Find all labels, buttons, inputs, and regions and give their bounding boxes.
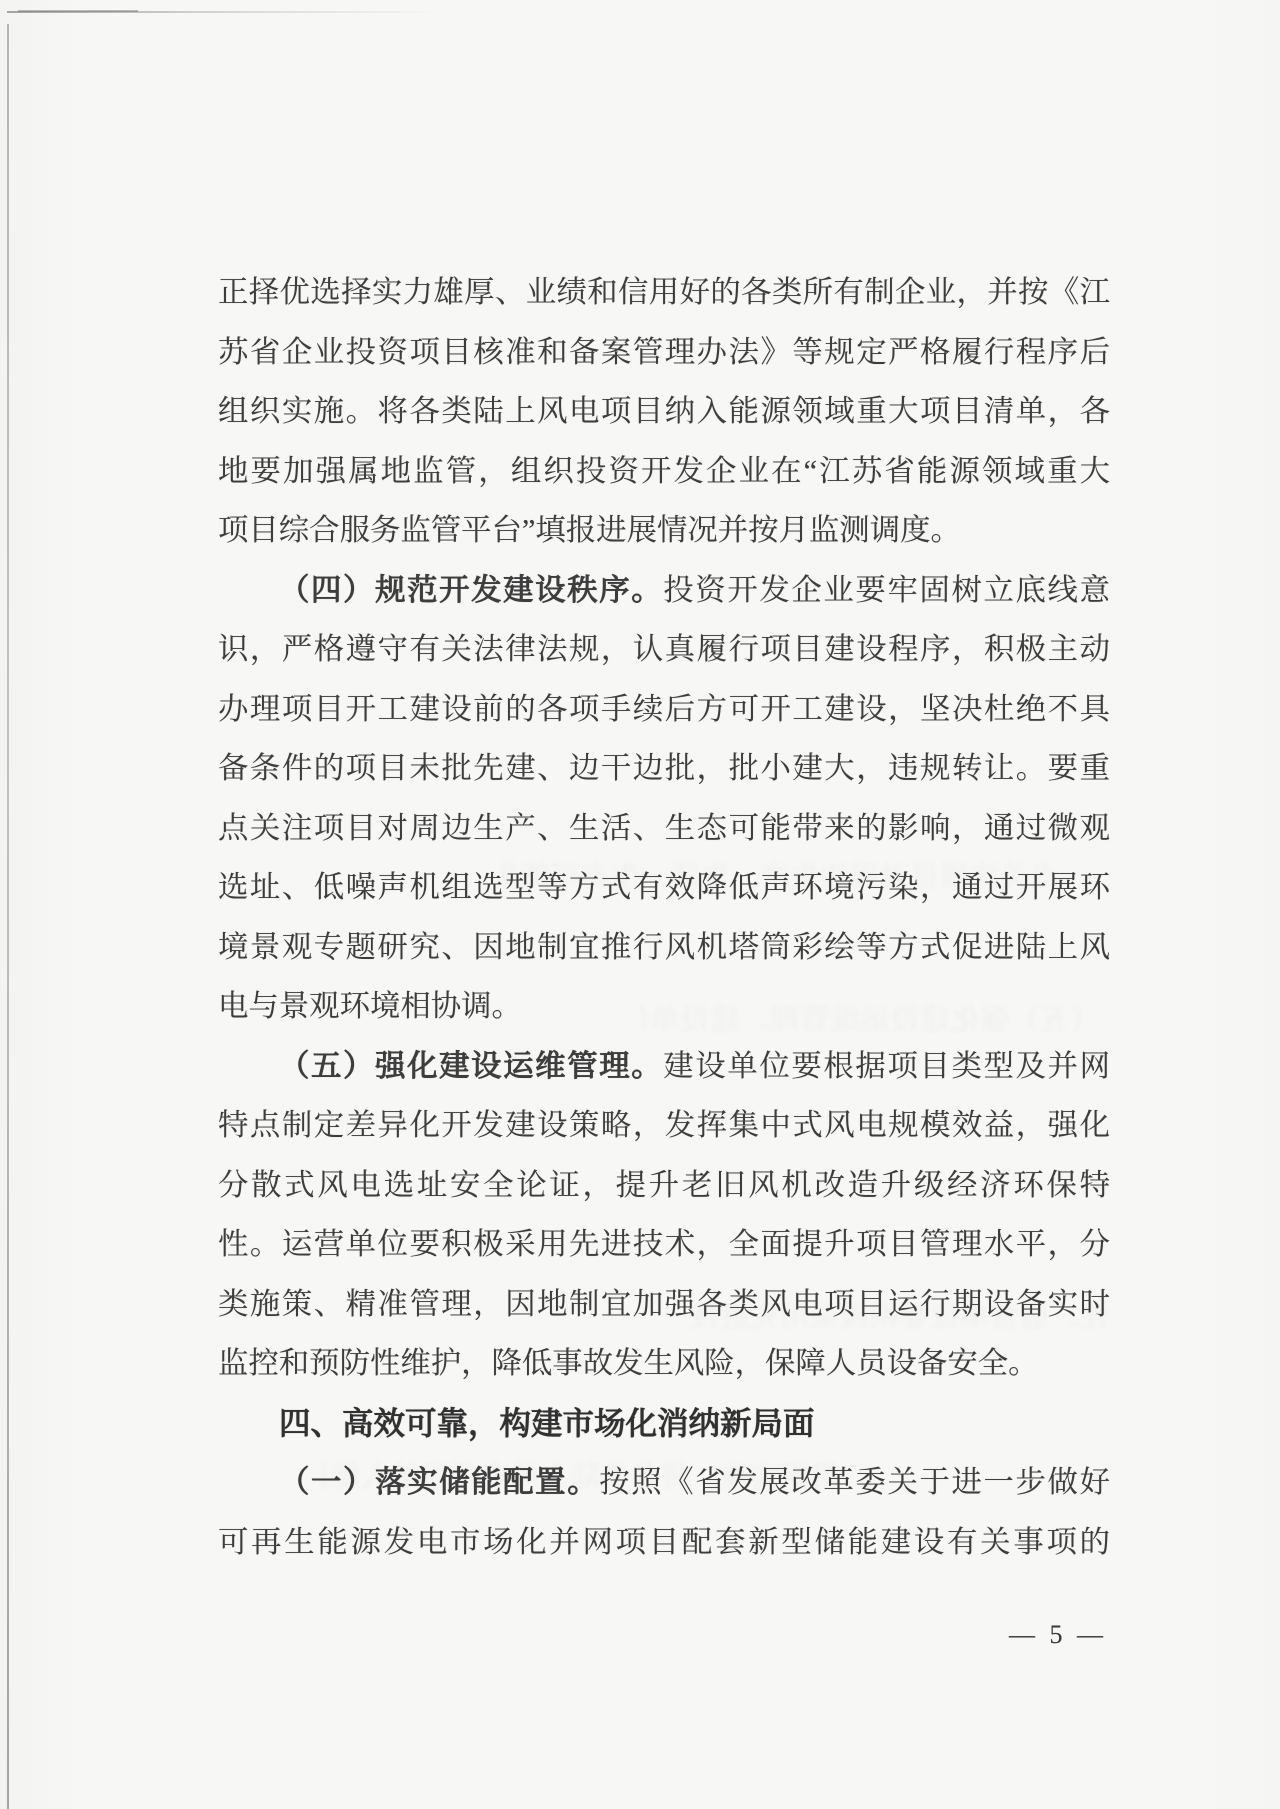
line-text: 类施策、精准管理，因地制宜加强各类风电项目运行期设备实时 <box>218 1287 1110 1321</box>
paragraph-lead: （五）强化建设运维管理。 <box>279 1049 663 1083</box>
line-text: 性。运营单位要积极采用先进技术，全面提升项目管理水平，分 <box>218 1227 1110 1261</box>
text-line: 可再生能源发电市场化并网项目配套新型储能建设有关事项的 <box>218 1513 1110 1573</box>
text-line: 性。运营单位要积极采用先进技术，全面提升项目管理水平，分 <box>218 1215 1110 1275</box>
line-text: 识，严格遵守有关法律法规，认真履行项目建设程序，积极主动 <box>218 632 1110 666</box>
text-line: 监控和预防性维护，降低事故发生风险，保障人员设备安全。 <box>218 1334 1110 1394</box>
line-text: 电与景观环境相协调。 <box>218 989 522 1023</box>
text-line: 苏省企业投资项目核准和备案管理办法》等规定严格履行程序后 <box>218 323 1110 383</box>
text-line: 备条件的项目未批先建、边干边批，批小建大，违规转让。要重 <box>218 739 1110 799</box>
page-edge-left <box>7 24 9 1809</box>
text-line: （一）落实储能配置。按照《省发展改革委关于进一步做好 <box>218 1453 1110 1513</box>
line-text: 正择优选择实力雄厚、业绩和信用好的各类所有制企业，并按《江 <box>218 275 1110 309</box>
line-text: 组织实施。将各类陆上风电项目纳入能源领域重大项目清单，各 <box>218 394 1110 428</box>
page-edge-corner <box>18 10 138 12</box>
text-line: 分散式风电选址安全论证，提升老旧风机改造升级经济环保特 <box>218 1156 1110 1216</box>
line-text: 办理项目开工建设前的各项手续后方可开工建设，坚决杜绝不具 <box>218 692 1110 726</box>
text-line: 地要加强属地监管，组织投资开发企业在“江苏省能源领域重大 <box>218 442 1110 502</box>
text-line: 办理项目开工建设前的各项手续后方可开工建设，坚决杜绝不具 <box>218 680 1110 740</box>
text-line: 正择优选择实力雄厚、业绩和信用好的各类所有制企业，并按《江 <box>218 263 1110 323</box>
line-text: 地要加强属地监管，组织投资开发企业在“江苏省能源领域重大 <box>218 454 1110 488</box>
paragraph-lead: （一）落实储能配置。 <box>279 1465 599 1499</box>
line-text: 备条件的项目未批先建、边干边批，批小建大，违规转让。要重 <box>218 751 1110 785</box>
line-text: 项目综合服务监管平台”填报进展情况并按月监测调度。 <box>218 513 961 547</box>
section-heading: 四、高效可靠，构建市场化消纳新局面 <box>218 1394 1110 1454</box>
document-body: 正择优选择实力雄厚、业绩和信用好的各类所有制企业，并按《江苏省企业投资项目核准和… <box>218 263 1110 1572</box>
paragraph-lead: （四）规范开发建设秩序。 <box>279 573 663 607</box>
line-text: 选址、低噪声机组选型等方式有效降低声环境污染，通过开展环 <box>218 870 1110 904</box>
text-line: 类施策、精准管理，因地制宜加强各类风电项目运行期设备实时 <box>218 1275 1110 1335</box>
text-line: 选址、低噪声机组选型等方式有效降低声环境污染，通过开展环 <box>218 858 1110 918</box>
text-line: 识，严格遵守有关法律法规，认真履行项目建设程序，积极主动 <box>218 620 1110 680</box>
text-line: （五）强化建设运维管理。建设单位要根据项目类型及并网 <box>218 1037 1110 1097</box>
line-text: 分散式风电选址安全论证，提升老旧风机改造升级经济环保特 <box>218 1168 1110 1202</box>
line-text: 投资开发企业要牢固树立底线意 <box>663 573 1110 607</box>
line-text: 境景观专题研究、因地制宜推行风机塔筒彩绘等方式促进陆上风 <box>218 930 1110 964</box>
line-text: 可再生能源发电市场化并网项目配套新型储能建设有关事项的 <box>218 1525 1110 1559</box>
text-line: 境景观专题研究、因地制宜推行风机塔筒彩绘等方式促进陆上风 <box>218 918 1110 978</box>
text-line: 电与景观环境相协调。 <box>218 977 1110 1037</box>
text-line: 组织实施。将各类陆上风电项目纳入能源领域重大项目清单，各 <box>218 382 1110 442</box>
line-text: 建设单位要根据项目类型及并网 <box>663 1049 1110 1083</box>
text-line: 点关注项目对周边生产、生活、生态可能带来的影响，通过微观 <box>218 799 1110 859</box>
line-text: 按照《省发展改革委关于进一步做好 <box>599 1465 1110 1499</box>
page-number: — 5 — <box>1002 1618 1114 1652</box>
line-text: 点关注项目对周边生产、生活、生态可能带来的影响，通过微观 <box>218 811 1110 845</box>
line-text: 苏省企业投资项目核准和备案管理办法》等规定严格履行程序后 <box>218 335 1110 369</box>
document-page: 点关注项目对周边生产、生活、生态可能带来的影响，通过微观（五）强化建设运维管理。… <box>0 0 1280 1809</box>
line-text: 四、高效可靠，构建市场化消纳新局面 <box>279 1405 815 1441</box>
text-line: （四）规范开发建设秩序。投资开发企业要牢固树立底线意 <box>218 561 1110 621</box>
text-line: 项目综合服务监管平台”填报进展情况并按月监测调度。 <box>218 501 1110 561</box>
line-text: 监控和预防性维护，降低事故发生风险，保障人员设备安全。 <box>218 1346 1039 1380</box>
text-line: 特点制定差异化开发建设策略，发挥集中式风电规模效益，强化 <box>218 1096 1110 1156</box>
line-text: 特点制定差异化开发建设策略，发挥集中式风电规模效益，强化 <box>218 1108 1110 1142</box>
